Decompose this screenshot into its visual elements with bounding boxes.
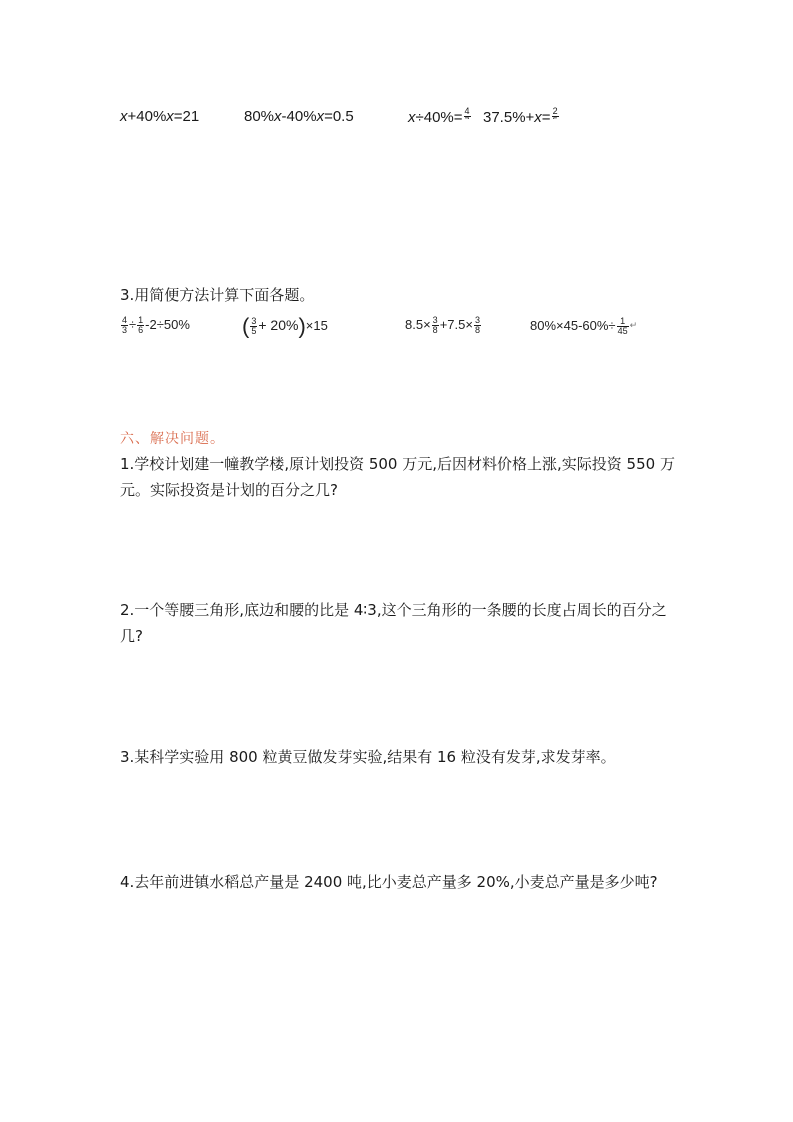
fraction: 38 — [432, 316, 439, 335]
paragraph-mark-icon: ↵ — [630, 320, 638, 330]
fraction: 16 — [137, 316, 144, 335]
calc-item-3: 8.5×38+7.5×38 — [405, 315, 482, 335]
eq1-var: x — [120, 108, 128, 125]
fraction: 38 — [474, 316, 481, 335]
calc-item-4: 80%×45-60%÷145↵ — [530, 315, 637, 336]
problem-3: 3.某科学实验用 800 粒黄豆做发芽实验,结果有 16 粒没有发芽,求发芽率。 — [120, 744, 685, 770]
equation-4: 37.5%+x=25 — [483, 107, 560, 128]
fraction: 145 — [617, 317, 629, 336]
fraction: 35 — [250, 317, 257, 336]
equation-1: x+40%x=21 — [120, 107, 199, 127]
fraction: 47 — [464, 107, 471, 119]
problem-4: 4.去年前进镇水稻总产量是 2400 吨,比小麦总产量多 20%,小麦总产量是多… — [120, 869, 720, 895]
section6-heading: 六、解决问题。 — [120, 429, 225, 449]
calc-item-2: (35+ 20%)×15 — [242, 315, 328, 337]
section3-title: 3.用简便方法计算下面各题。 — [120, 282, 314, 308]
problem-1: 1.学校计划建一幢教学楼,原计划投资 500 万元,后因材料价格上涨,实际投资 … — [120, 451, 685, 503]
problem-2: 2.一个等腰三角形,底边和腰的比是 4∶3,这个三角形的一条腰的长度占周长的百分… — [120, 597, 685, 649]
calc-item-1: 43÷16-2÷50% — [120, 315, 190, 335]
equation-3: x÷40%=47 — [408, 107, 472, 128]
equation-2: 80%x-40%x=0.5 — [244, 107, 354, 127]
fraction: 43 — [121, 316, 128, 335]
fraction: 25 — [552, 107, 559, 119]
